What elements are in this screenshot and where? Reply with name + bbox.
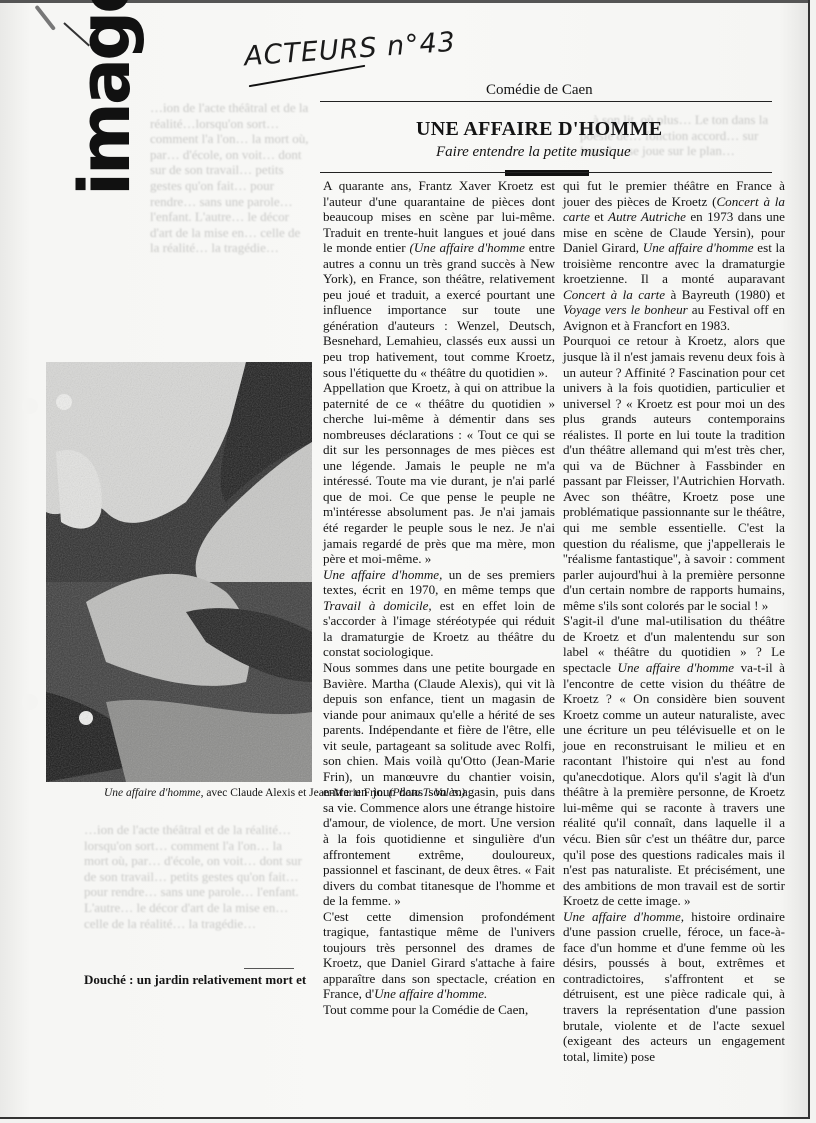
caption-title: Une affaire d'homme, [104, 787, 203, 799]
paragraph: Nous sommes dans une petite bourgade en … [323, 660, 555, 909]
column-end-rule [244, 968, 294, 969]
header-rule-top [320, 101, 772, 102]
paragraph: S'agit-il d'une mal-utilisation du théât… [563, 613, 785, 908]
article-title: UNE AFFAIRE D'HOMME [416, 118, 662, 141]
left-column-bottom-line: Douché : un jardin relativement mort et [84, 972, 306, 988]
paragraph: Une affaire d'homme, un de ses premiers … [323, 567, 555, 660]
article-subtitle: Faire entendre la petite musique [436, 144, 631, 161]
magazine-wordmark: images [70, 0, 140, 196]
bleed-through-text-left: …ion de l'acte théâtral et de la réalité… [150, 100, 310, 350]
article-column-2: qui fut le premier théâtre en France à j… [563, 178, 785, 1064]
handwritten-note: ACTEURS n°43 [243, 27, 457, 73]
binder-hole [22, 398, 38, 414]
photo-kiss-image [46, 362, 312, 782]
header-rule-bottom [320, 172, 772, 173]
bleed-through-text-bottom-left: …ion de l'acte théâtral et de la réalité… [84, 822, 304, 972]
scanned-page: images ACTEURS n°43 …ion de l'acte théât… [0, 0, 810, 1119]
paragraph: Une affaire d'homme, histoire ordinaire … [563, 909, 785, 1064]
paragraph: qui fut le premier théâtre en France à j… [563, 178, 785, 333]
paragraph: C'est cette dimension profondément tragi… [323, 909, 555, 1002]
article-column-1: A quarante ans, Frantz Xaver Kroetz est … [323, 178, 555, 1018]
article-photo [46, 362, 312, 782]
paragraph: Tout comme pour la Comédie de Caen, [323, 1002, 555, 1018]
paragraph: A quarante ans, Frantz Xaver Kroetz est … [323, 178, 555, 380]
title-accent-bar [505, 170, 589, 176]
staple-mark [34, 5, 56, 31]
paragraph: Appellation que Kroetz, à qui on attribu… [323, 380, 555, 567]
section-kicker: Comédie de Caen [486, 82, 593, 99]
paragraph: Pourquoi ce retour à Kroetz, alors que j… [563, 333, 785, 613]
binder-hole [22, 694, 38, 710]
